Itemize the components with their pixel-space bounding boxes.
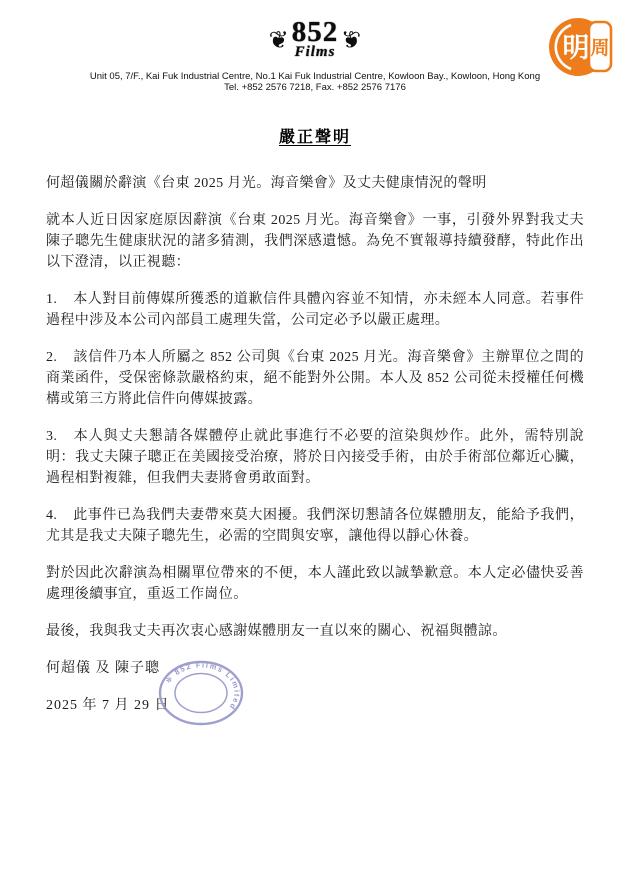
statement-body: 何超儀關於辭演《台東 2025 月光。海音樂會》及丈夫健康情況的聲明 就本人近日… xyxy=(46,173,584,716)
item-number: 1. xyxy=(46,289,59,310)
films-852-logo: ❦ 852 Films ❦ xyxy=(266,13,365,65)
statement-item-1: 1.本人對目前傳媒所獲悉的道歉信件具體內容並不知情，亦未經本人同意。若事件過程中… xyxy=(46,289,584,331)
logo-word: Films xyxy=(295,45,336,60)
letterhead: ❦ 852 Films ❦ 明 周 Unit 05, 7/F., Kai Fuk… xyxy=(0,0,630,93)
mingpao-weekly-logo: 明 周 xyxy=(548,15,614,79)
company-stamp: ✻ 852 Films Limited xyxy=(156,659,246,729)
stamp-text: ✻ 852 Films Limited xyxy=(164,660,242,712)
item-number: 2. xyxy=(46,347,59,368)
item-number: 4. xyxy=(46,505,59,526)
flourish-icon: ❦ xyxy=(341,29,361,53)
mingpao-char-chow: 周 xyxy=(590,37,609,59)
item-text: 本人對目前傳媒所獲悉的道歉信件具體內容並不知情，亦未經本人同意。若事件過程中涉及… xyxy=(46,292,584,328)
address-line-2: Tel. +852 2576 7218, Fax. +852 2576 7176 xyxy=(0,82,630,93)
item-text: 此事件已為我們夫妻帶來莫大困擾。我們深切懇請各位媒體朋友，能給予我們，尤其是我丈… xyxy=(46,508,584,544)
statement-thanks: 最後，我與我丈夫再次衷心感謝媒體朋友一直以來的關心、祝福與體諒。 xyxy=(46,621,584,642)
statement-intro: 就本人近日因家庭原因辭演《台東 2025 月光。海音樂會》一事，引發外界對我丈夫… xyxy=(46,210,584,273)
flourish-icon: ❦ xyxy=(269,29,289,53)
address-line-1: Unit 05, 7/F., Kai Fuk Industrial Centre… xyxy=(0,71,630,82)
statement-subject: 何超儀關於辭演《台東 2025 月光。海音樂會》及丈夫健康情況的聲明 xyxy=(46,173,584,194)
item-number: 3. xyxy=(46,426,59,447)
statement-title: 嚴正聲明 xyxy=(0,127,630,148)
statement-date: 2025 年 7 月 29 日 xyxy=(46,695,584,716)
item-text: 該信件乃本人所屬之 852 公司與《台東 2025 月光。海音樂會》主辦單位之間… xyxy=(46,350,584,407)
statement-item-4: 4.此事件已為我們夫妻帶來莫大困擾。我們深切懇請各位媒體朋友，能給予我們，尤其是… xyxy=(46,505,584,547)
mingpao-char-ming: 明 xyxy=(563,33,590,63)
logo-number: 852 xyxy=(292,19,339,45)
signature-names: 何超儀 及 陳子聰 xyxy=(46,658,584,679)
mingpao-logo-icon: 明 周 xyxy=(548,15,614,79)
statement-item-2: 2.該信件乃本人所屬之 852 公司與《台東 2025 月光。海音樂會》主辦單位… xyxy=(46,347,584,410)
films-852-logo-text: 852 Films xyxy=(292,19,339,60)
statement-apology: 對於因此次辭演為相關單位帶來的不便，本人謹此致以誠摯歉意。本人定必儘快妥善處理後… xyxy=(46,563,584,605)
statement-document: ❦ 852 Films ❦ 明 周 Unit 05, 7/F., Kai Fuk… xyxy=(0,0,630,880)
item-text: 本人與丈夫懇請各媒體停止就此事進行不必要的渲染與炒作。此外，需特別說明：我丈夫陳… xyxy=(46,429,584,486)
statement-item-3: 3.本人與丈夫懇請各媒體停止就此事進行不必要的渲染與炒作。此外，需特別說明：我丈… xyxy=(46,426,584,489)
company-address: Unit 05, 7/F., Kai Fuk Industrial Centre… xyxy=(0,71,630,93)
svg-text:✻ 852 Films Limited: ✻ 852 Films Limited xyxy=(164,660,242,712)
